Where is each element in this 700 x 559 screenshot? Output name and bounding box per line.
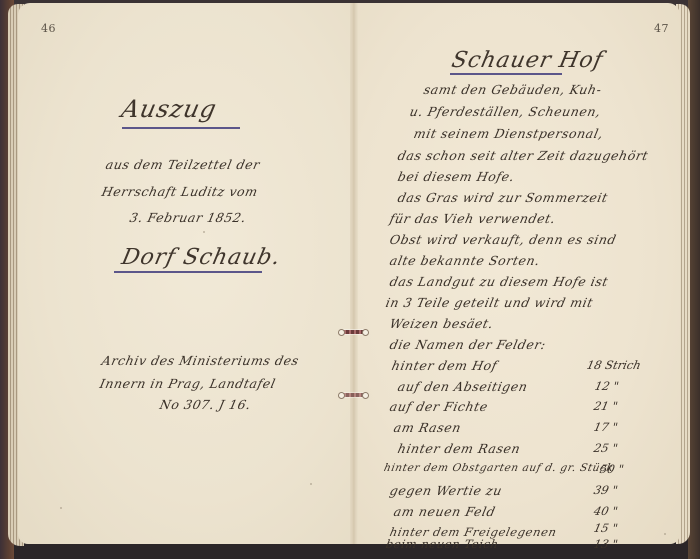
- field-entry-value: 18 Strich: [586, 358, 643, 372]
- paper-speck: [310, 483, 312, 485]
- left-page: 46 Auszug aus dem Teilzettel der Herrsch…: [18, 3, 354, 544]
- field-entry-value: 15 ": [593, 521, 620, 535]
- right-page: 47 Schauer Hof samt den Gebäuden, Kuh- u…: [354, 3, 680, 544]
- field-entry-name: auf der Fichte: [388, 399, 489, 414]
- source-line-3: No 307. J 16.: [158, 397, 252, 412]
- body-line-6: das Gras wird zur Sommerzeit: [396, 190, 609, 205]
- body-line-2: u. Pferdeställen, Scheunen,: [408, 104, 602, 119]
- field-entry-value: 25 ": [593, 441, 620, 455]
- body-line-5: bei diesem Hofe.: [396, 169, 516, 184]
- body-line-7: für das Vieh verwendet.: [388, 211, 557, 226]
- book-spread: 46 Auszug aus dem Teilzettel der Herrsch…: [0, 0, 700, 559]
- body-line-10: das Landgut zu diesem Hofe ist: [388, 274, 609, 289]
- stitch-hole: [362, 329, 369, 336]
- field-entry-name: hinter dem Obstgarten auf d. gr. Stück: [383, 462, 615, 474]
- book-gutter: [350, 3, 358, 544]
- village-heading: Dorf Schaub.: [119, 245, 283, 270]
- paper-speck: [60, 507, 62, 509]
- title-underline: [122, 127, 240, 129]
- right-page-title: Schauer Hof: [449, 48, 605, 73]
- field-entry-name: hinter dem Hof: [390, 358, 498, 373]
- body-line-8: Obst wird verkauft, denn es sind: [388, 232, 618, 247]
- field-entry-name: auf den Abseitigen: [396, 379, 529, 394]
- stitch-hole: [338, 392, 345, 399]
- paper-speck: [203, 231, 205, 233]
- body-line-13: die Namen der Felder:: [388, 337, 547, 352]
- field-entry-value: 40 ": [593, 504, 620, 518]
- title-underline: [450, 73, 562, 75]
- field-entry-value: 21 ": [593, 399, 620, 413]
- body-line-11: in 3 Teile geteilt und wird mit: [384, 295, 594, 310]
- field-entry-name: am neuen Feld: [392, 504, 497, 519]
- field-entry-name: beim neuen Teich: [385, 537, 501, 551]
- body-line-12: Weizen besäet.: [388, 316, 494, 331]
- page-number-right: 47: [654, 22, 669, 35]
- village-heading-underline: [114, 271, 262, 273]
- stitch-hole: [362, 392, 369, 399]
- field-entry-value: 50 ": [599, 462, 626, 476]
- body-line-9: alte bekannte Sorten.: [388, 253, 541, 268]
- field-entry-value: 17 ": [593, 420, 620, 434]
- left-page-title: Auszug: [119, 95, 220, 123]
- field-entry-value: 39 ": [593, 483, 620, 497]
- source-line-1: Archiv des Ministeriums des: [100, 353, 300, 368]
- field-entry-name: gegen Wertie zu: [388, 483, 503, 498]
- field-entry-name: am Rasen: [392, 420, 462, 435]
- intro-line-1: aus dem Teilzettel der: [104, 157, 261, 172]
- field-entry-name: hinter dem Rasen: [396, 441, 522, 456]
- intro-line-3: 3. Februar 1852.: [128, 210, 247, 225]
- body-line-4: das schon seit alter Zeit dazugehört: [396, 148, 649, 163]
- field-entry-value: 12 ": [594, 379, 621, 393]
- intro-line-2: Herrschaft Luditz vom: [100, 184, 259, 199]
- page-number-left: 46: [41, 22, 56, 35]
- source-line-2: Innern in Prag, Landtafel: [98, 376, 277, 391]
- stitch-hole: [338, 329, 345, 336]
- paper-speck: [664, 533, 666, 535]
- body-line-1: samt den Gebäuden, Kuh-: [422, 82, 603, 97]
- field-entry-value: 13 ": [593, 537, 620, 551]
- body-line-3: mit seinem Dienstpersonal,: [412, 126, 604, 141]
